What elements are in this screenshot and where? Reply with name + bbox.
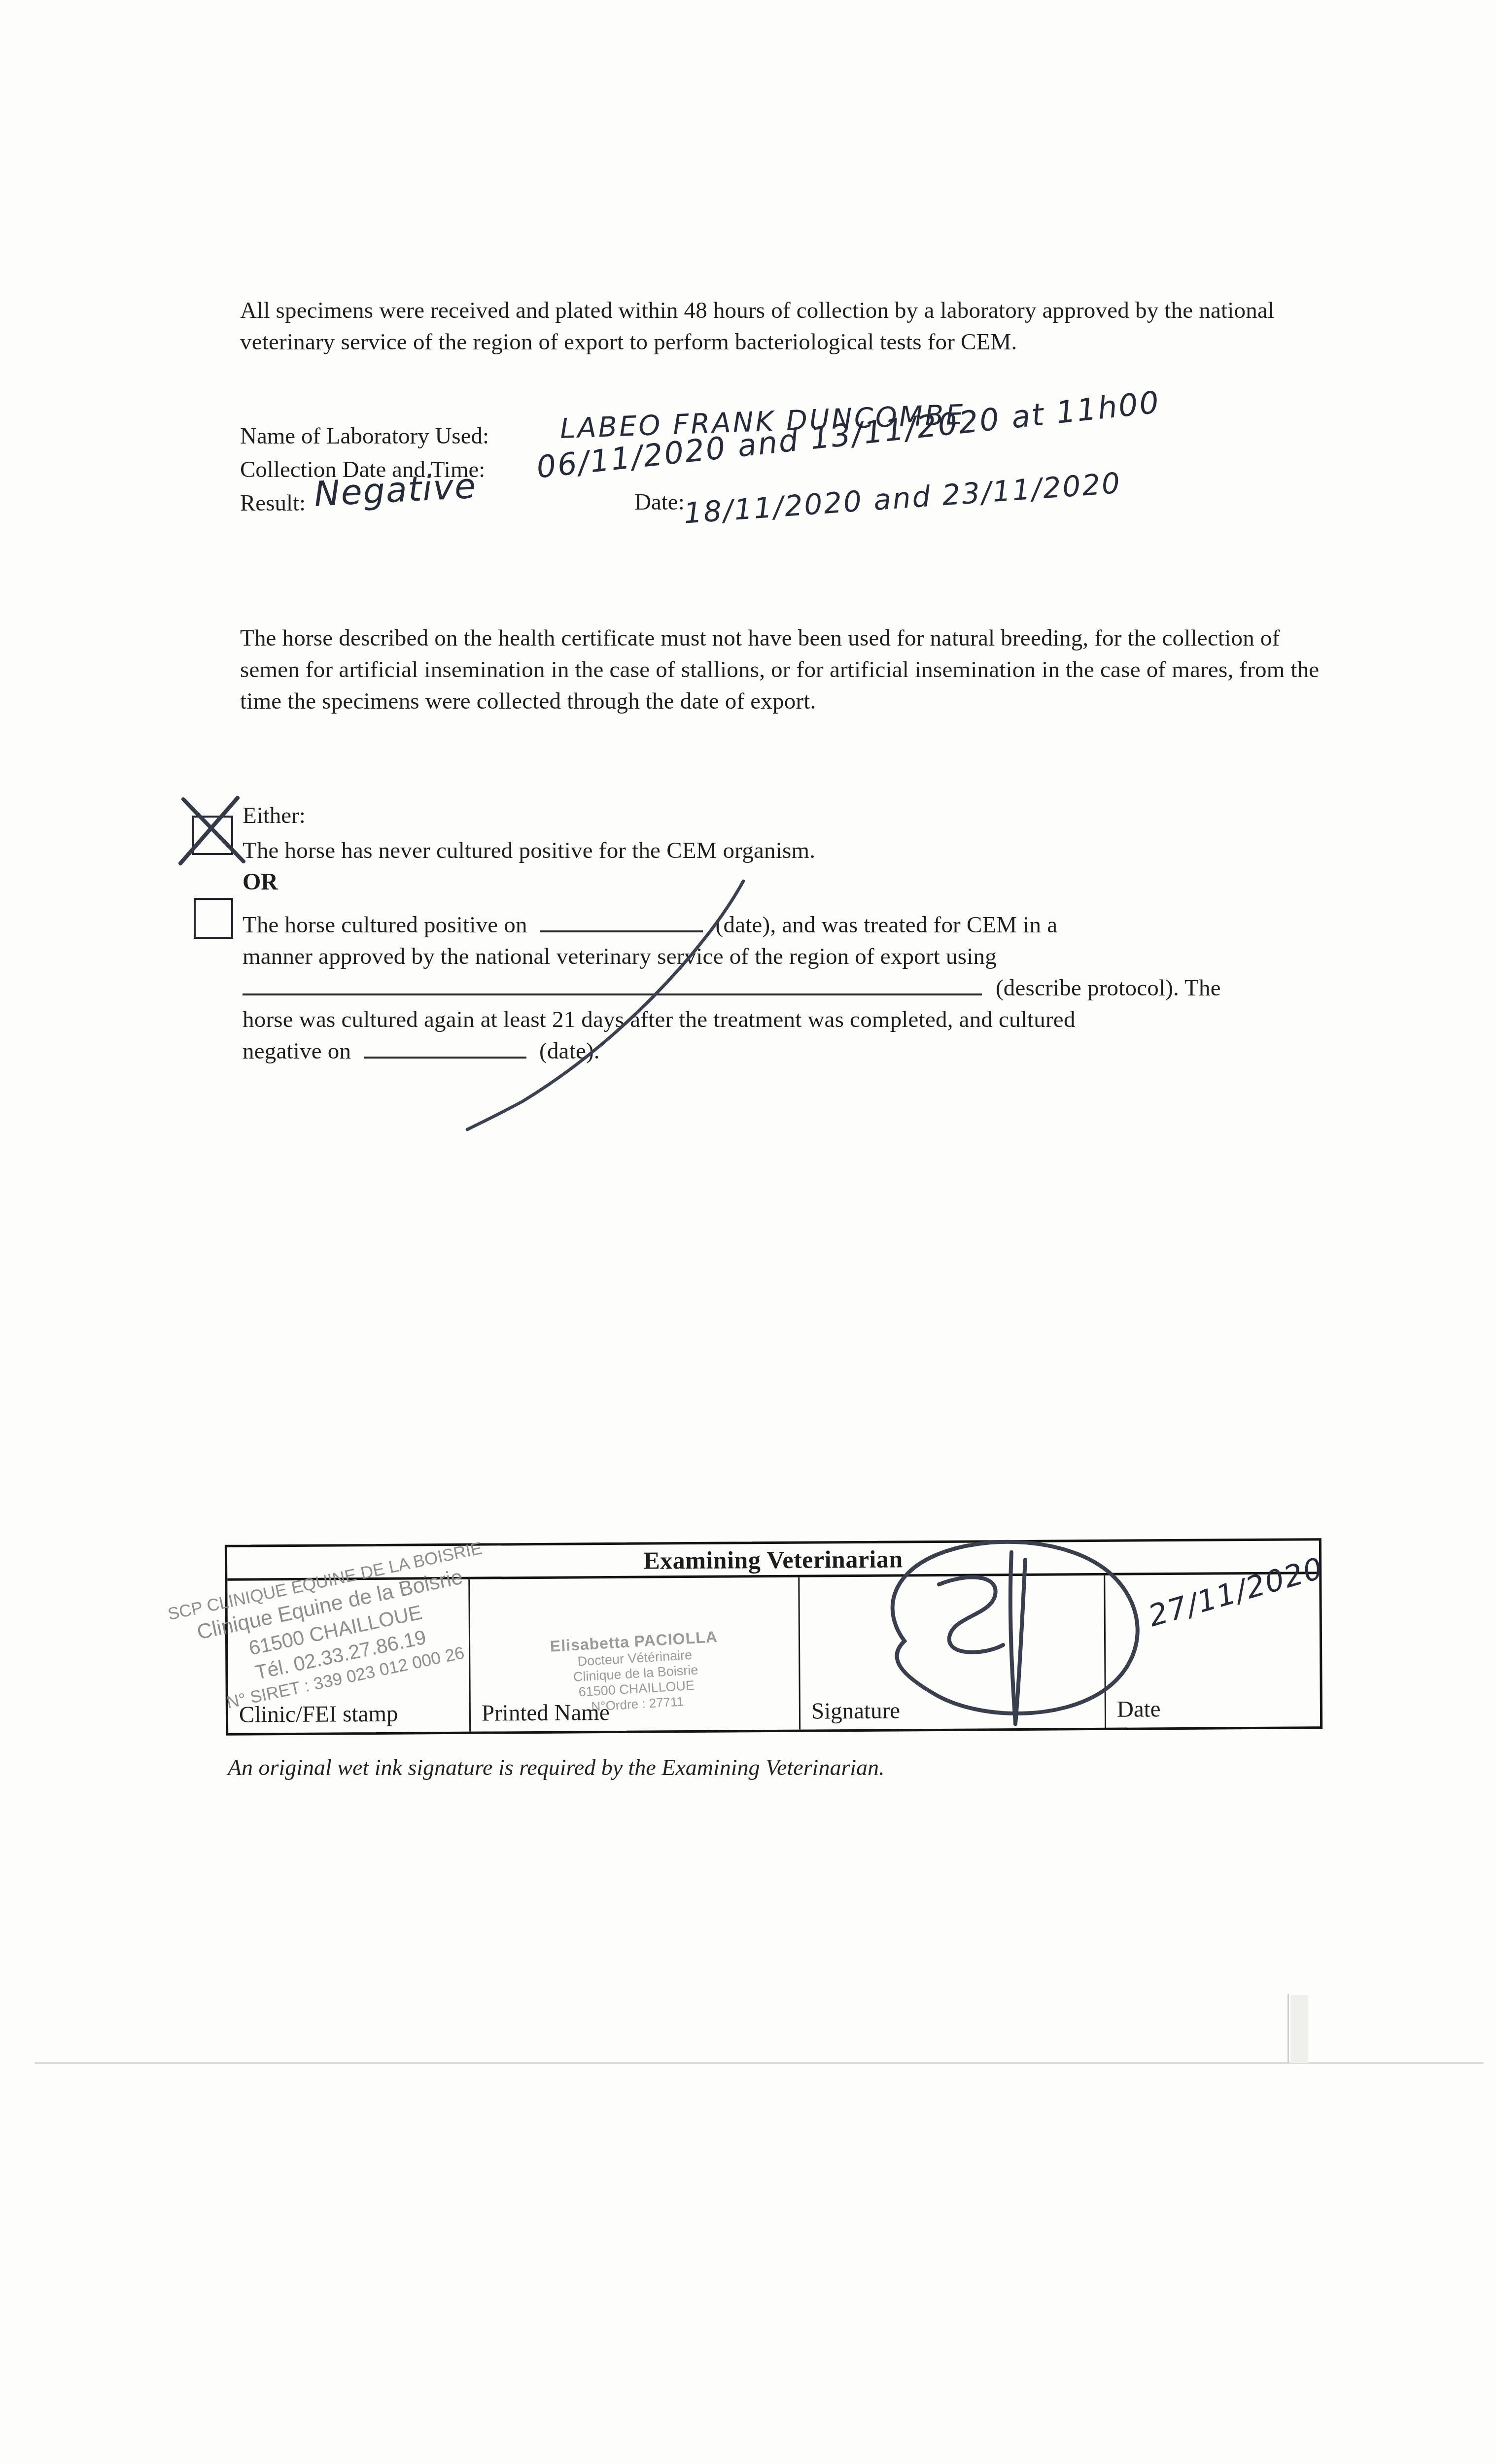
either-label: Either: xyxy=(243,802,306,829)
option2-line3-post: (describe protocol). The xyxy=(996,975,1221,1001)
date-column-label: Date xyxy=(1117,1696,1161,1723)
option2-checkbox[interactable] xyxy=(194,898,233,939)
option2-line1: The horse cultured positive on (date), a… xyxy=(243,909,1057,941)
scan-artifact-gray-patch xyxy=(1290,1995,1308,2063)
or-label: OR xyxy=(243,868,278,895)
scanned-health-certificate-page: All specimens were received and plated w… xyxy=(0,0,1496,2464)
option2-line1-pre: The horse cultured positive on xyxy=(243,912,527,938)
option2-line5-post: (date). xyxy=(539,1038,600,1064)
printed-name-column-label: Printed Name xyxy=(482,1699,610,1727)
option1-checkbox[interactable] xyxy=(192,816,233,855)
option2-line5-pre: negative on xyxy=(243,1038,351,1064)
option2-protocol-blank xyxy=(243,989,982,995)
option2-line3: (describe protocol). The xyxy=(243,972,1221,1004)
signature-column-label: Signature xyxy=(811,1697,900,1724)
lab-date-label: Date: xyxy=(634,489,685,515)
ink-overlay xyxy=(0,0,1496,2464)
option2-date-blank-1 xyxy=(540,925,703,932)
option2-line2: manner approved by the national veterina… xyxy=(243,941,997,972)
specimens-paragraph: All specimens were received and plated w… xyxy=(240,295,1295,358)
option2-line4: horse was cultured again at least 21 day… xyxy=(243,1004,1076,1035)
scan-artifact-horizontal-line xyxy=(35,2062,1484,2064)
lab-name-label: Name of Laboratory Used: xyxy=(240,423,489,449)
option2-date-blank-2 xyxy=(364,1052,526,1059)
signature-cell: Signature xyxy=(798,1575,1106,1730)
option1-text: The horse has never cultured positive fo… xyxy=(243,835,1278,866)
wet-ink-footnote: An original wet ink signature is require… xyxy=(228,1754,885,1780)
result-handwritten-value: Negative xyxy=(313,466,478,514)
option2-line1-post: (date), and was treated for CEM in a xyxy=(716,912,1058,938)
option2-line5: negative on (date). xyxy=(243,1035,600,1067)
lab-dates-handwritten-value: 18/11/2020 and 23/11/2020 xyxy=(683,466,1122,530)
breeding-restriction-paragraph: The horse described on the health certif… xyxy=(240,622,1320,717)
scan-artifact-vertical-line xyxy=(1287,1994,1289,2063)
result-label: Result: xyxy=(240,490,306,516)
